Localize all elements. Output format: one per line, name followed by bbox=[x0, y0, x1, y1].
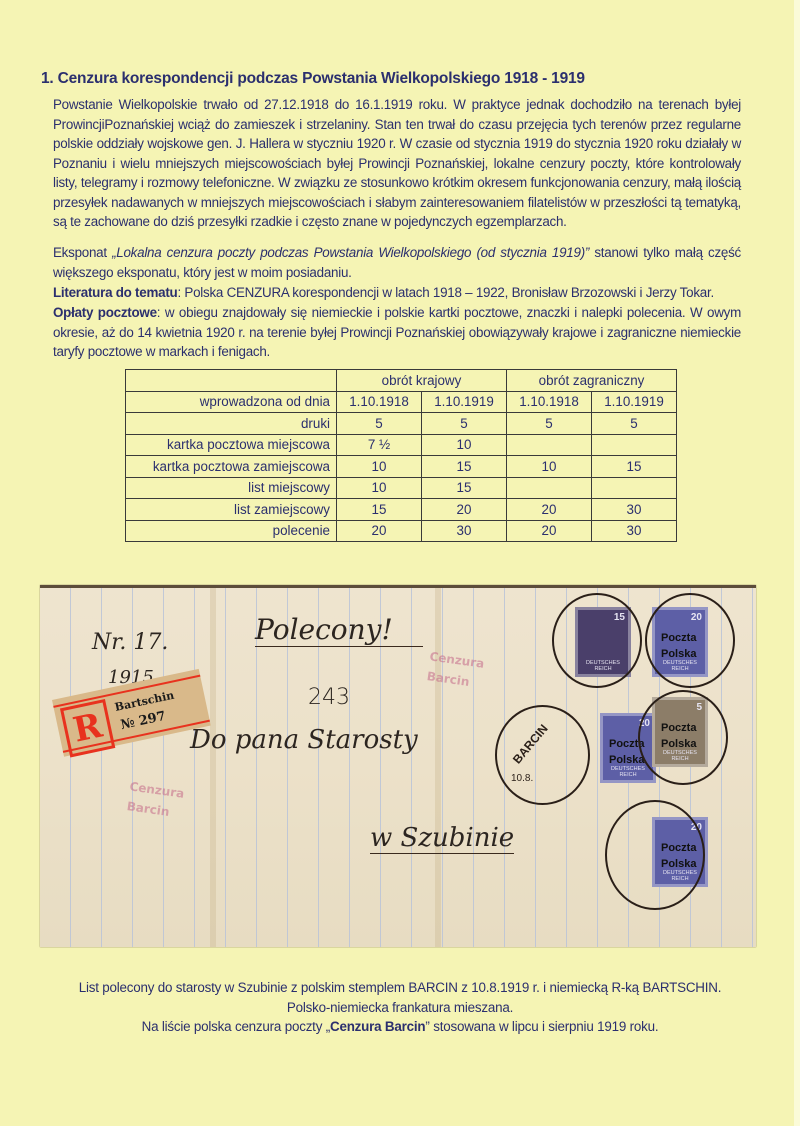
table-row: druki5555 bbox=[126, 413, 677, 435]
caption-line-1: List polecony do starosty w Szubinie z p… bbox=[0, 978, 800, 998]
fees-paragraph: Opłaty pocztowe: w obiegu znajdowały się… bbox=[53, 303, 741, 362]
handwritten-code: 243 bbox=[308, 685, 350, 710]
rate-cell: 30 bbox=[422, 520, 507, 542]
fold-crease bbox=[435, 585, 441, 947]
rate-cell: 5 bbox=[422, 413, 507, 435]
rate-cell: 1.10.1919 bbox=[422, 391, 507, 413]
rate-cell: 15 bbox=[422, 456, 507, 478]
row-label: polecenie bbox=[126, 520, 337, 542]
literature-paragraph: Literatura do tematu: Polska CENZURA kor… bbox=[53, 283, 741, 303]
rate-cell: 10 bbox=[422, 434, 507, 456]
row-label: kartka pocztowa zamiejscowa bbox=[126, 456, 337, 478]
fees-text: : w obiegu znajdowały się niemieckie i p… bbox=[53, 305, 741, 359]
handwritten-addressee: Do pana Starosty bbox=[190, 725, 418, 755]
fold-crease bbox=[210, 585, 216, 947]
rate-cell: 5 bbox=[507, 413, 592, 435]
table-corner-cell bbox=[126, 370, 337, 392]
group-header-domestic: obrót krajowy bbox=[337, 370, 507, 392]
table-row: list zamiejscowy15202030 bbox=[126, 499, 677, 521]
registration-r-letter: R bbox=[60, 699, 115, 757]
rate-cell: 20 bbox=[507, 520, 592, 542]
rate-cell bbox=[592, 434, 677, 456]
table-row: polecenie20302030 bbox=[126, 520, 677, 542]
envelope-edge bbox=[40, 585, 756, 588]
exhibit-paragraph: Eksponat „Lokalna cenzura poczty podczas… bbox=[53, 243, 741, 282]
literature-label: Literatura do tematu bbox=[53, 285, 177, 300]
row-label: druki bbox=[126, 413, 337, 435]
rate-cell: 10 bbox=[337, 456, 422, 478]
rate-cell: 15 bbox=[337, 499, 422, 521]
rate-cell: 1.10.1919 bbox=[592, 391, 677, 413]
rate-cell: 1.10.1918 bbox=[507, 391, 592, 413]
handwritten-number: Nr. 17. bbox=[92, 630, 168, 655]
intro-paragraph: Powstanie Wielkopolskie trwało od 27.12.… bbox=[53, 95, 741, 232]
group-header-foreign: obrót zagraniczny bbox=[507, 370, 677, 392]
table-row: kartka pocztowa miejscowa7 ½10 bbox=[126, 434, 677, 456]
rate-cell: 10 bbox=[337, 477, 422, 499]
censor-mark: Cenzura Barcin bbox=[125, 776, 185, 823]
censor-name: Cenzura Barcin bbox=[330, 1019, 425, 1034]
postmark bbox=[645, 593, 735, 688]
literature-text: : Polska CENZURA korespondencji w latach… bbox=[177, 285, 713, 300]
caption-line-2: Polsko-niemiecka frankatura mieszana. bbox=[0, 998, 800, 1018]
row-label: list miejscowy bbox=[126, 477, 337, 499]
envelope-photo: Nr. 17. 1915 Polecony! 243 Do pana Staro… bbox=[40, 585, 756, 947]
exhibit-title: „Lokalna cenzura poczty podczas Powstani… bbox=[112, 245, 589, 260]
row-label: kartka pocztowa miejscowa bbox=[126, 434, 337, 456]
censor-mark: Cenzura Barcin bbox=[425, 646, 485, 693]
caption-line-3: Na liście polska cenzura poczty „Cenzura… bbox=[0, 1017, 800, 1037]
page-edge bbox=[794, 0, 800, 1126]
postmark bbox=[638, 690, 728, 785]
rate-cell: 20 bbox=[422, 499, 507, 521]
rate-cell: 30 bbox=[592, 520, 677, 542]
table-group-header-row: obrót krajowy obrót zagraniczny bbox=[126, 370, 677, 392]
handwritten-city: w Szubinie bbox=[370, 823, 514, 854]
rate-cell bbox=[507, 434, 592, 456]
exhibit-prefix: Eksponat bbox=[53, 245, 112, 260]
rate-cell: 10 bbox=[507, 456, 592, 478]
rate-cell: 15 bbox=[592, 456, 677, 478]
rate-cell: 7 ½ bbox=[337, 434, 422, 456]
table-row: list miejscowy1015 bbox=[126, 477, 677, 499]
table-row: wprowadzona od dnia1.10.19181.10.19191.1… bbox=[126, 391, 677, 413]
rate-cell bbox=[592, 477, 677, 499]
row-label: wprowadzona od dnia bbox=[126, 391, 337, 413]
postal-rates-table: obrót krajowy obrót zagraniczny wprowadz… bbox=[125, 369, 677, 542]
section-heading: 1. Cenzura korespondencji podczas Powsta… bbox=[41, 70, 585, 88]
rate-cell: 20 bbox=[337, 520, 422, 542]
rate-cell: 5 bbox=[592, 413, 677, 435]
stamp-inscription: DEUTSCHES REICH bbox=[603, 766, 653, 778]
rate-cell: 15 bbox=[422, 477, 507, 499]
row-label: list zamiejscowy bbox=[126, 499, 337, 521]
handwritten-registered: Polecony! bbox=[255, 613, 423, 647]
rate-cell: 30 bbox=[592, 499, 677, 521]
rate-cell: 20 bbox=[507, 499, 592, 521]
postmark bbox=[552, 593, 642, 688]
fees-label: Opłaty pocztowe bbox=[53, 305, 157, 320]
postmark bbox=[605, 800, 705, 910]
rate-cell: 1.10.1918 bbox=[337, 391, 422, 413]
rate-cell bbox=[507, 477, 592, 499]
postmark: BARCIN 10.8. bbox=[495, 705, 590, 805]
rate-cell: 5 bbox=[337, 413, 422, 435]
table-row: kartka pocztowa zamiejscowa10151015 bbox=[126, 456, 677, 478]
